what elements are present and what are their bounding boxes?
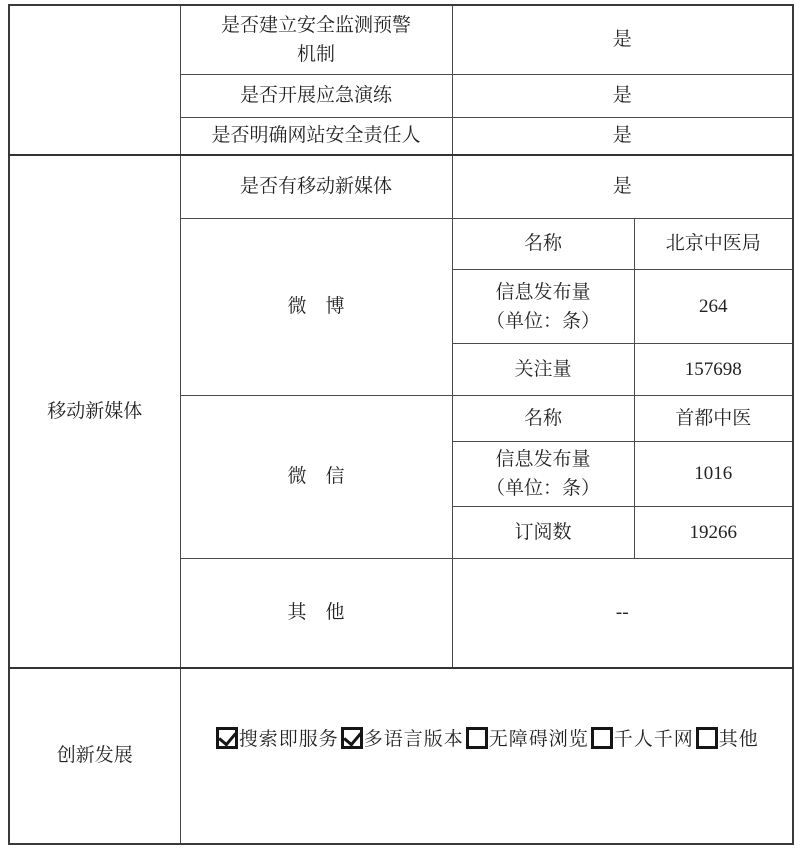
checkbox-accessibility-icon [466,727,488,749]
label-line-2: 机制 [181,40,452,69]
row-mobile-presence: 移动新媒体 是否有移动新媒体 是 [9,155,793,219]
wechat-name-label: 名称 [452,396,634,442]
security-monitoring-label: 是否建立安全监测预警 机制 [180,5,452,75]
wechat-posts-label: 信息发布量 （单位：条） [452,442,634,507]
weibo-posts-value: 264 [634,270,793,344]
option-search-as-service: 搜索即服务 [214,726,339,754]
other-media-label: 其 他 [180,559,452,669]
checkbox-multilingual-icon [341,727,363,749]
innovation-section-label: 创新发展 [9,668,180,844]
option-label: 其他 [719,729,759,750]
weibo-posts-label: 信息发布量 （单位：条） [452,270,634,344]
checkbox-personalized-web-icon [591,727,613,749]
annual-report-table: 是否建立安全监测预警 机制 是 是否开展应急演练 是 是否明确网站安全责任人 是… [8,4,794,845]
emergency-drill-value: 是 [452,75,793,118]
mobile-presence-value: 是 [452,155,793,219]
other-media-value: -- [452,559,793,669]
weibo-followers-value: 157698 [634,344,793,396]
row-security-monitoring: 是否建立安全监测预警 机制 是 [9,5,793,75]
option-label: 千人千网 [614,729,694,750]
option-accessibility: 无障碍浏览 [464,726,589,754]
weibo-name-label: 名称 [452,219,634,270]
mobile-media-section-label: 移动新媒体 [9,155,180,668]
option-label: 无障碍浏览 [489,729,589,750]
row-innovation: 创新发展 搜索即服务多语言版本无障碍浏览千人千网其他 [9,668,793,844]
weibo-label: 微 博 [180,219,452,396]
security-owner-label: 是否明确网站安全责任人 [180,118,452,156]
option-personalized-web: 千人千网 [589,726,694,754]
label-line-2: （单位：条） [453,307,634,336]
label-line-1: 是否建立安全监测预警 [181,11,452,40]
wechat-label: 微 信 [180,396,452,559]
innovation-options-cell: 搜索即服务多语言版本无障碍浏览千人千网其他 [180,668,793,844]
security-monitoring-value: 是 [452,5,793,75]
option-label: 搜索即服务 [239,729,339,750]
wechat-name-value: 首都中医 [634,396,793,442]
mobile-presence-label: 是否有移动新媒体 [180,155,452,219]
innovation-options-line: 搜索即服务多语言版本无障碍浏览千人千网其他 [181,726,793,786]
security-section-cell-empty [9,5,180,155]
report-page: 是否建立安全监测预警 机制 是 是否开展应急演练 是 是否明确网站安全责任人 是… [0,0,800,850]
wechat-subscribers-value: 19266 [634,507,793,559]
wechat-posts-value: 1016 [634,442,793,507]
checkbox-search-as-service-icon [216,727,238,749]
label-line-2: （单位：条） [453,474,634,503]
weibo-followers-label: 关注量 [452,344,634,396]
label-line-1: 信息发布量 [453,278,634,307]
wechat-subscribers-label: 订阅数 [452,507,634,559]
option-other: 其他 [694,726,759,754]
option-label: 多语言版本 [364,729,464,750]
option-multilingual: 多语言版本 [339,726,464,754]
checkbox-other-icon [696,727,718,749]
security-owner-value: 是 [452,118,793,156]
weibo-name-value: 北京中医局 [634,219,793,270]
emergency-drill-label: 是否开展应急演练 [180,75,452,118]
label-line-1: 信息发布量 [453,445,634,474]
